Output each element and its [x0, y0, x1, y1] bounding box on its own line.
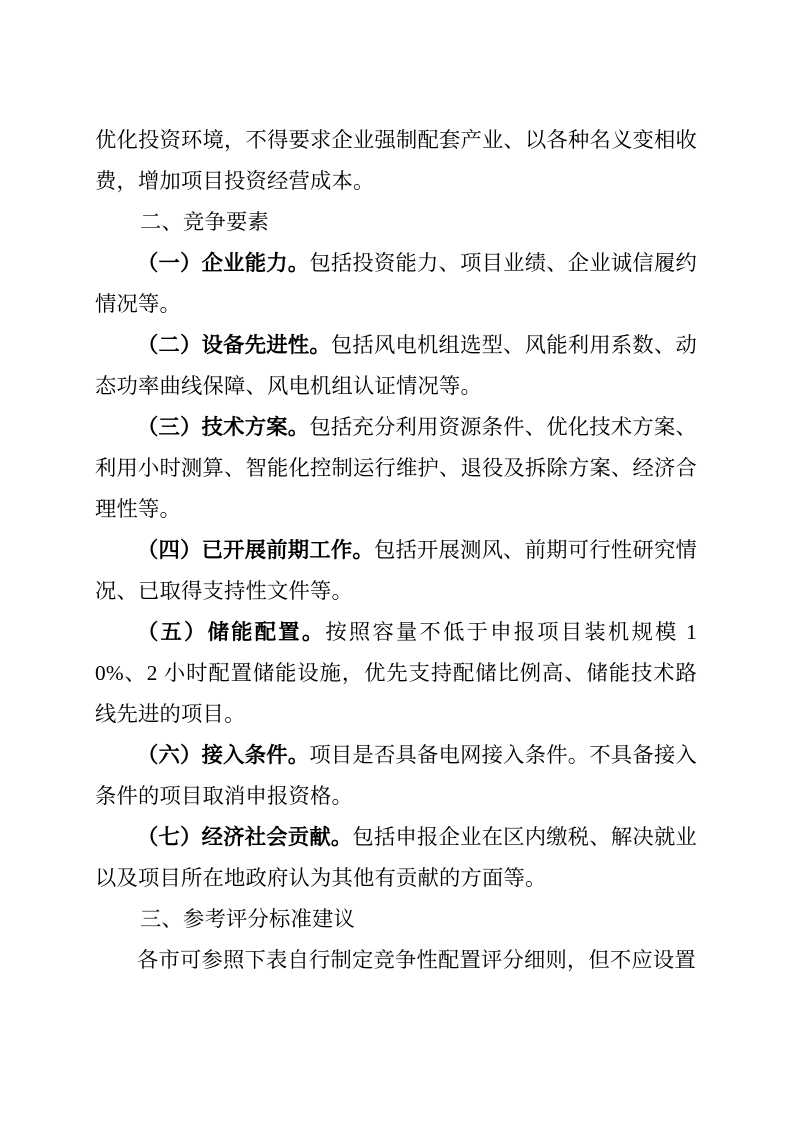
item-lead-enterprise-capability: （一）企业能力。	[137, 251, 309, 275]
item-paragraph-enterprise-capability: （一）企业能力。包括投资能力、项目业绩、企业诚信履约情况等。	[95, 243, 697, 325]
document-content: 优化投资环境，不得要求企业强制配套产业、以各种名义变相收费，增加项目投资经营成本…	[95, 120, 697, 981]
item-lead-energy-storage: （五）储能配置。	[137, 620, 325, 644]
item-lead-grid-access: （六）接入条件。	[137, 743, 309, 767]
item-paragraph-preliminary-work: （四）已开展前期工作。包括开展测风、前期可行性研究情况、已取得支持性文件等。	[95, 530, 697, 612]
item-lead-preliminary-work: （四）已开展前期工作。	[137, 538, 374, 562]
section-heading-scoring-standard: 三、参考评分标准建议	[95, 899, 697, 940]
item-paragraph-equipment-advancement: （二）设备先进性。包括风电机组选型、风能利用系数、动态功率曲线保障、风电机组认证…	[95, 325, 697, 407]
item-lead-technical-plan: （三）技术方案。	[137, 415, 309, 439]
item-paragraph-economic-contribution: （七）经济社会贡献。包括申报企业在区内缴税、解决就业以及项目所在地政府认为其他有…	[95, 817, 697, 899]
paragraph-continuation: 优化投资环境，不得要求企业强制配套产业、以各种名义变相收费，增加项目投资经营成本…	[95, 120, 697, 202]
document-page: 优化投资环境，不得要求企业强制配套产业、以各种名义变相收费，增加项目投资经营成本…	[0, 0, 793, 1122]
paragraph-scoring-intro: 各市可参照下表自行制定竞争性配置评分细则，但不应设置	[95, 940, 697, 981]
item-lead-economic-contribution: （七）经济社会贡献。	[137, 825, 352, 849]
item-paragraph-technical-plan: （三）技术方案。包括充分利用资源条件、优化技术方案、利用小时测算、智能化控制运行…	[95, 407, 697, 530]
section-heading-competition-factors: 二、竞争要素	[95, 202, 697, 243]
item-paragraph-energy-storage: （五）储能配置。按照容量不低于申报项目装机规模 10%、2 小时配置储能设施，优…	[95, 612, 697, 735]
item-paragraph-grid-access: （六）接入条件。项目是否具备电网接入条件。不具备接入条件的项目取消申报资格。	[95, 735, 697, 817]
item-lead-equipment-advancement: （二）设备先进性。	[137, 333, 331, 357]
